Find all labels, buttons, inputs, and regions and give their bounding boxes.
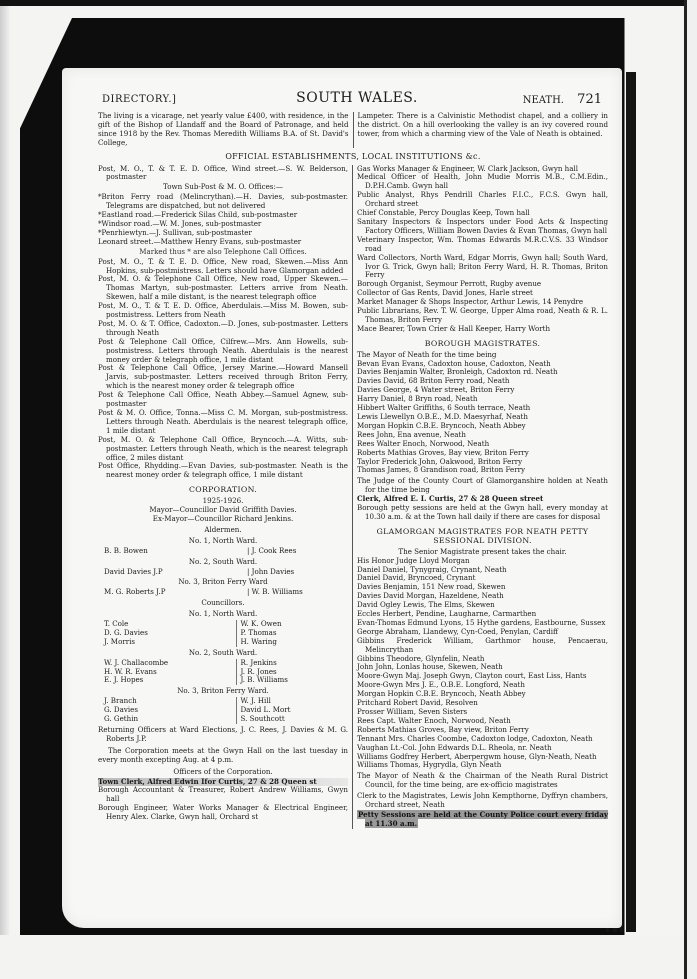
aldermen-heading: Aldermen. (98, 526, 348, 535)
ex-officio-note: The Mayor of Neath & the Chairman of the… (357, 772, 608, 790)
magistrate-entry: Gibbins Frederick William, Garthmor hous… (357, 637, 608, 655)
councillor-name: S. Southcott (241, 715, 349, 724)
alderman-row: M. G. Roberts J.PW. B. Williams (98, 588, 348, 597)
running-head-right: NEATH. 721 (523, 92, 602, 107)
aldermen-list: No. 1, North Ward.B. B. BowenJ. Cook Ree… (98, 537, 348, 597)
councillor-group: W. J. ChallacombeH. W. R. EvansE. J. Hop… (98, 659, 348, 686)
post-office-entry: Post & Telephone Call Office, Cilfrew.—M… (98, 338, 348, 365)
page-header: DIRECTORY.] SOUTH WALES. NEATH. 721 (102, 90, 612, 110)
alderman-name: David Davies J.P (98, 568, 243, 577)
ward-heading: No. 3, Briton Ferry Ward (98, 578, 348, 587)
sub-office-entry: *Briton Ferry road (Melincrythan).—H. Da… (98, 193, 348, 211)
petty-sessions-note: Petty Sessions are held at the County Po… (357, 811, 608, 829)
councillor-column-right: W. K. OwenP. ThomasH. Waring (236, 620, 349, 647)
highlighted-text: Petty Sessions are held at the County Po… (357, 810, 608, 828)
alderman-name: M. G. Roberts J.P (98, 588, 243, 597)
councillor-name: J. Morris (104, 638, 236, 647)
intro-paragraph: The living is a vicarage, net yearly val… (98, 112, 608, 148)
left-column: Post, M. O., T. & T. E. D. Office, Wind … (98, 165, 353, 829)
page-body: The living is a vicarage, net yearly val… (98, 112, 608, 829)
alderman-row: David Davies J.PJohn Davies (98, 568, 348, 577)
ward-heading: No. 2, South Ward. (98, 558, 348, 567)
post-office-entry: Post, M. O., T. & T. E. D. Office, Aberd… (98, 302, 348, 320)
ex-mayor: Ex-Mayor—Councillor Richard Jenkins. (98, 515, 348, 524)
councillor-name: E. J. Hopes (104, 676, 236, 685)
ward-heading: No. 3, Briton Ferry Ward. (98, 687, 348, 696)
councillor-group: T. ColeD. G. DaviesJ. MorrisW. K. OwenP.… (98, 620, 348, 647)
sub-offices-list: *Briton Ferry road (Melincrythan).—H. Da… (98, 193, 348, 246)
right-column: Gas Works Manager & Engineer, W. Clark J… (353, 165, 608, 829)
post-office-entry: Post, M. O., T. & T. E. D. Office, New r… (98, 258, 348, 276)
meeting-note: The Corporation meets at the Gwyn Hall o… (98, 747, 348, 765)
officer-entry: Borough Accountant & Treasurer, Robert A… (98, 786, 348, 804)
councillor-column-left: W. J. ChallacombeH. W. R. EvansE. J. Hop… (98, 659, 236, 686)
officers-list: Town Clerk, Alfred Edwin Ifor Curtis, 27… (98, 778, 348, 823)
councillor-name: H. Waring (241, 638, 349, 647)
official-entry: Public Analyst, Rhys Pendrill Charles F.… (357, 191, 608, 209)
magistrates-clerk-note: Clerk to the Magistrates, Lewis John Kem… (357, 792, 608, 810)
glamorgan-magistrates-title: GLAMORGAN MAGISTRATES FOR NEATH PETTY SE… (357, 528, 608, 546)
marked-note: Marked thus * are also Telephone Call Of… (98, 248, 348, 257)
scan-right-edge (684, 0, 697, 979)
councillor-group: J. BranchG. DaviesG. GethinW. J. HillDav… (98, 697, 348, 724)
ward-heading: No. 2, South Ward. (98, 649, 348, 658)
borough-magistrates-title: BOROUGH MAGISTRATES. (357, 340, 608, 349)
intro-right: Lampeter. There is a Calvinistic Methodi… (354, 112, 609, 148)
borough-sessions-note: Borough petty sessions are held at the G… (357, 504, 608, 522)
head-post-office: Post, M. O., T. & T. E. D. Office, Wind … (98, 165, 348, 183)
alderman-name: W. B. Williams (243, 588, 348, 597)
alderman-name: B. B. Bowen (98, 547, 243, 556)
corporation-title: CORPORATION. (98, 486, 348, 495)
officers-heading: Officers of the Corporation. (98, 768, 348, 777)
place-name: NEATH. (523, 95, 564, 106)
post-office-entry: Post & M. O. Office, Tonna.—Miss C. M. M… (98, 409, 348, 436)
official-entry: Public Librarians, Rev. T. W. George, Up… (357, 307, 608, 325)
sub-offices-heading: Town Sub-Post & M. O. Offices:— (98, 183, 348, 192)
scan-top-edge (0, 0, 697, 6)
returning-officers: Returning Officers at Ward Elections, J.… (98, 726, 348, 744)
councillor-column-left: J. BranchG. DaviesG. Gethin (98, 697, 236, 724)
intro-left: The living is a vicarage, net yearly val… (98, 112, 354, 148)
councillor-column-right: W. J. HillDavid L. MortS. Southcott (236, 697, 349, 724)
officer-entry: Borough Engineer, Water Works Manager & … (98, 804, 348, 822)
magistrate-entry: Thomas James, 8 Grandison road, Briton F… (357, 466, 608, 475)
borough-magistrates-list: The Mayor of Neath for the time beingBev… (357, 351, 608, 476)
alderman-name: John Davies (243, 568, 348, 577)
official-entry: Veterinary Inspector, Wm. Thomas Edwards… (357, 236, 608, 254)
post-office-entry: Post & Telephone Call Office, Jersey Mar… (98, 364, 348, 391)
section-heading-official: OFFICIAL ESTABLISHMENTS, LOCAL INSTITUTI… (98, 153, 608, 162)
official-entry: Ward Collectors, North Ward, Edgar Morri… (357, 254, 608, 281)
post-office-entry: Post, M. O. & Telephone Call Office, New… (98, 275, 348, 302)
county-judge-note: The Judge of the County Court of Glamorg… (357, 477, 608, 495)
councillors-heading: Councillors. (98, 599, 348, 608)
page-number: 721 (577, 92, 602, 107)
scan-left-edge (0, 0, 10, 979)
official-entry: Medical Officer of Health, John Mudie Mo… (357, 173, 608, 191)
glamorgan-magistrates-list: His Honor Judge Lloyd MorganDaniel Danie… (357, 557, 608, 771)
councillor-column-left: T. ColeD. G. DaviesJ. Morris (98, 620, 236, 647)
councillor-name: J. B. Williams (241, 676, 349, 685)
official-entry: Sanitary Inspectors & Inspectors under F… (357, 218, 608, 236)
scan-bottom-margin (0, 935, 697, 979)
councillors-list: No. 1, North Ward.T. ColeD. G. DaviesJ. … (98, 610, 348, 724)
magistrate-entry: Williams Thomas, Hygrydla, Glyn Neath (357, 761, 608, 770)
official-entry: Mace Bearer, Town Crier & Hall Keeper, H… (357, 325, 608, 334)
councillor-column-right: R. JenkinsJ. R. JonesJ. B. Williams (236, 659, 349, 686)
post-office-entry: Post & Telephone Call Office, Neath Abbe… (98, 391, 348, 409)
post-office-entry: Post, M. O. & T. Office, Cadoxton.—D. Jo… (98, 320, 348, 338)
two-column-body: Post, M. O., T. & T. E. D. Office, Wind … (98, 165, 608, 829)
sub-office-entry: Leonard street.—Matthew Henry Evans, sub… (98, 238, 348, 247)
alderman-name: J. Cook Rees (243, 547, 348, 556)
ward-heading: No. 1, North Ward. (98, 610, 348, 619)
post-office-entry: Post Office, Rhydding.—Evan Davies, sub-… (98, 462, 348, 480)
officials-list: Gas Works Manager & Engineer, W. Clark J… (357, 165, 608, 334)
post-office-entry: Post, M. O. & Telephone Call Office, Bry… (98, 436, 348, 463)
district-offices-list: Post, M. O., T. & T. E. D. Office, New r… (98, 258, 348, 481)
alderman-row: B. B. BowenJ. Cook Rees (98, 547, 348, 556)
councillor-name: G. Gethin (104, 715, 236, 724)
ward-heading: No. 1, North Ward. (98, 537, 348, 546)
directory-page: DIRECTORY.] SOUTH WALES. NEATH. 721 The … (62, 68, 622, 928)
